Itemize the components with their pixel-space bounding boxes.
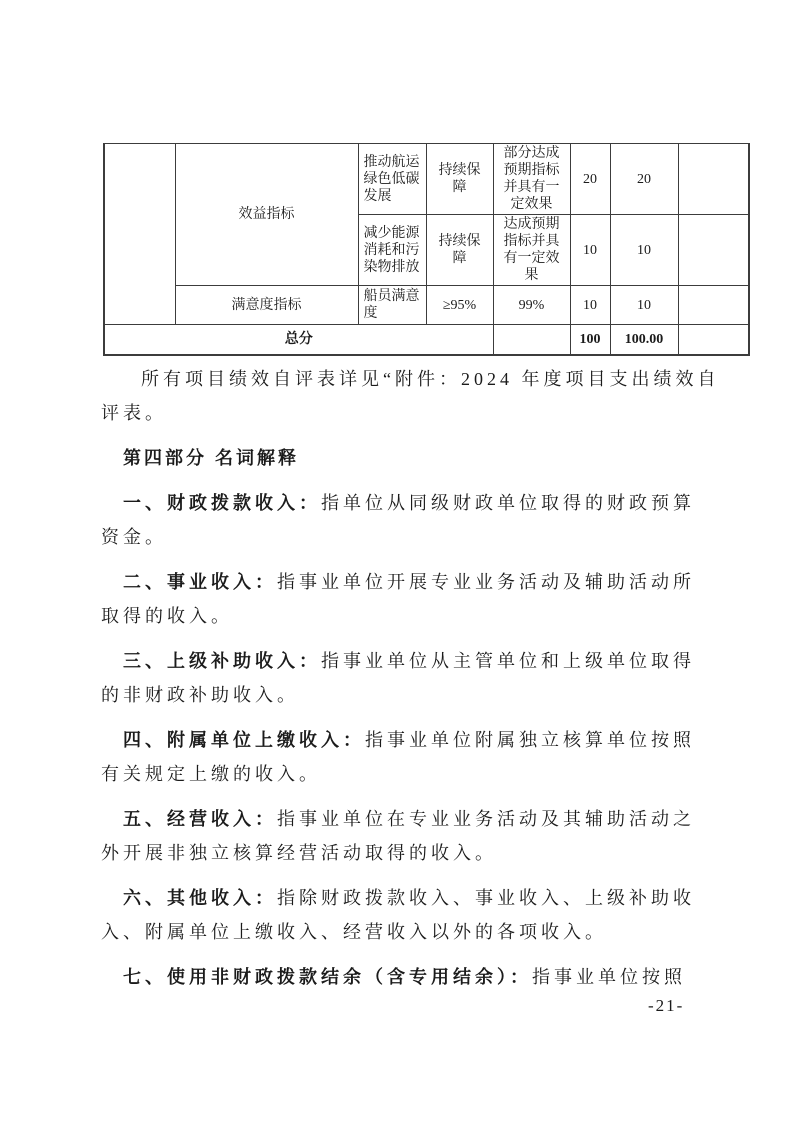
text-segment: 所有项目绩效自评表详见“附件：2024 年度项目支出绩效自: [141, 369, 720, 389]
cell-r3-weight: 10: [570, 286, 610, 325]
term-definition: 指事业单位开展专业业务活动及辅助活动所: [277, 572, 695, 592]
cell-r1-blank: [678, 144, 749, 215]
cell-category-blank: [104, 144, 175, 325]
term-definition: 入、附属单位上缴收入、经营收入以外的各项收入。: [101, 922, 607, 942]
cell-r1-target-value: 持续保 障: [426, 144, 493, 215]
term-label: 七、使用非财政拨款结余（含专用结余）：: [123, 967, 532, 987]
cell-r2-weight: 10: [570, 215, 610, 286]
performance-self-evaluation-table: 效益指标 推动航运 绿色低碳 发展 持续保 障 部分达成 预期指标 并具有一 定…: [103, 143, 750, 356]
cell-satisfaction-indicator-label: 满意度指标: [175, 286, 358, 325]
section-four-heading: 第四部分 名词解释: [101, 441, 741, 475]
cell-r3-target-value: ≥95%: [426, 286, 493, 325]
term-2-business-income-line-1: 二、事业收入：指事业单位开展专业业务活动及辅助活动所: [101, 565, 741, 599]
term-label: 三、上级补助收入：: [123, 651, 321, 671]
cell-r2-target-value: 持续保 障: [426, 215, 493, 286]
document-page: 效益指标 推动航运 绿色低碳 发展 持续保 障 部分达成 预期指标 并具有一 定…: [0, 0, 793, 1122]
cell-total-score: 100.00: [610, 325, 678, 355]
table-row: 满意度指标 船员满意 度 ≥95% 99% 10 10: [104, 286, 749, 325]
term-3-superior-subsidy-line-1: 三、上级补助收入：指事业单位从主管单位和上级单位取得: [101, 644, 741, 678]
cell-total-blank: [678, 325, 749, 355]
cell-r1-weight: 20: [570, 144, 610, 215]
term-6-other-income-line-1: 六、其他收入：指除财政拨款收入、事业收入、上级补助收: [101, 881, 741, 915]
term-7-non-fiscal-balance-line-1: 七、使用非财政拨款结余（含专用结余）：指事业单位按照: [101, 960, 741, 994]
term-definition: 取得的收入。: [101, 606, 233, 626]
attachment-note-line-1: 所有项目绩效自评表详见“附件：2024 年度项目支出绩效自: [101, 362, 741, 396]
term-label: 二、事业收入：: [123, 572, 277, 592]
term-definition: 指事业单位附属独立核算单位按照: [365, 730, 695, 750]
term-definition: 指事业单位从主管单位和上级单位取得: [321, 651, 695, 671]
page-number: -21-: [648, 996, 684, 1016]
cell-total-completion-blank: [493, 325, 570, 355]
cell-total-weight: 100: [570, 325, 610, 355]
cell-r1-indicator-name: 推动航运 绿色低碳 发展: [358, 144, 426, 215]
text-segment: 评表。: [101, 403, 167, 423]
cell-r3-blank: [678, 286, 749, 325]
cell-r3-score: 10: [610, 286, 678, 325]
term-label: 一、财政拨款收入：: [123, 493, 321, 513]
term-definition: 有关规定上缴的收入。: [101, 764, 321, 784]
term-label: 六、其他收入：: [123, 888, 277, 908]
term-definition: 的非财政补助收入。: [101, 685, 299, 705]
term-label: 五、经营收入：: [123, 809, 277, 829]
table-total-row: 总分 100 100.00: [104, 325, 749, 355]
term-6-other-income-line-2: 入、附属单位上缴收入、经营收入以外的各项收入。: [101, 915, 741, 949]
table-row: 效益指标 推动航运 绿色低碳 发展 持续保 障 部分达成 预期指标 并具有一 定…: [104, 144, 749, 215]
term-definition: 指事业单位在专业业务活动及其辅助活动之: [277, 809, 695, 829]
term-definition: 外开展非独立核算经营活动取得的收入。: [101, 843, 497, 863]
cell-r2-completion: 达成预期 指标并具 有一定效 果: [493, 215, 570, 286]
attachment-note-line-2: 评表。: [101, 396, 741, 430]
cell-r3-completion: 99%: [493, 286, 570, 325]
term-1-fiscal-appropriation-line-1: 一、财政拨款收入：指单位从同级财政单位取得的财政预算: [101, 486, 741, 520]
term-definition: 指单位从同级财政单位取得的财政预算: [321, 493, 695, 513]
term-4-affiliated-unit-income-line-1: 四、附属单位上缴收入：指事业单位附属独立核算单位按照: [101, 723, 741, 757]
cell-r3-indicator-name: 船员满意 度: [358, 286, 426, 325]
document-body: 所有项目绩效自评表详见“附件：2024 年度项目支出绩效自 评表。 第四部分 名…: [101, 362, 741, 994]
term-label: 四、附属单位上缴收入：: [123, 730, 365, 750]
term-definition: 指事业单位按照: [532, 967, 686, 987]
cell-r1-score: 20: [610, 144, 678, 215]
term-3-superior-subsidy-line-2: 的非财政补助收入。: [101, 678, 741, 712]
cell-benefit-indicator-label: 效益指标: [175, 144, 358, 286]
cell-total-label: 总分: [104, 325, 493, 355]
term-5-operating-income-line-2: 外开展非独立核算经营活动取得的收入。: [101, 836, 741, 870]
cell-r2-score: 10: [610, 215, 678, 286]
term-4-affiliated-unit-income-line-2: 有关规定上缴的收入。: [101, 757, 741, 791]
term-1-fiscal-appropriation-line-2: 资金。: [101, 520, 741, 554]
heading-text: 第四部分 名词解释: [123, 448, 299, 468]
cell-r2-indicator-name: 减少能源 消耗和污 染物排放: [358, 215, 426, 286]
term-5-operating-income-line-1: 五、经营收入：指事业单位在专业业务活动及其辅助活动之: [101, 802, 741, 836]
term-definition: 指除财政拨款收入、事业收入、上级补助收: [277, 888, 695, 908]
term-2-business-income-line-2: 取得的收入。: [101, 599, 741, 633]
term-definition: 资金。: [101, 527, 167, 547]
cell-r2-blank: [678, 215, 749, 286]
cell-r1-completion: 部分达成 预期指标 并具有一 定效果: [493, 144, 570, 215]
